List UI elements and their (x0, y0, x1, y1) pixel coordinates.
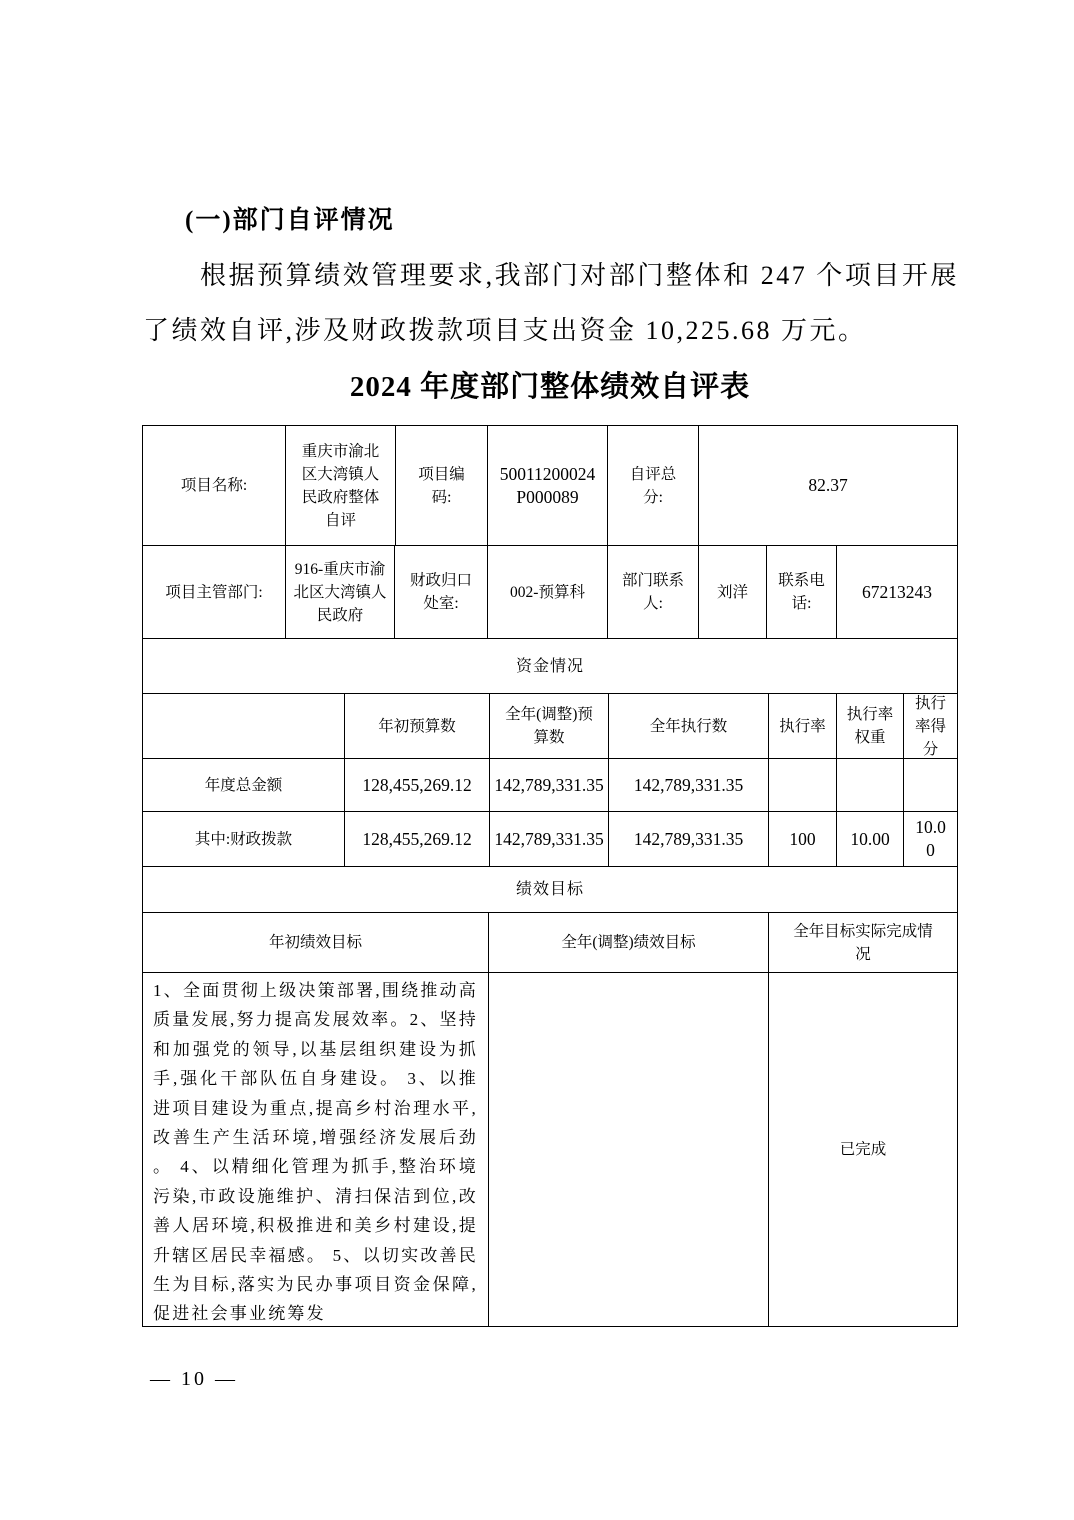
funds-header-adjusted: 全年(调整)预算数 (490, 694, 609, 759)
annual-total-label: 年度总金额 (143, 759, 345, 812)
funds-header-rate-score: 执行率得分 (904, 694, 957, 759)
fiscal-weight: 10.00 (837, 812, 904, 867)
funds-header-rate-weight: 执行率权重 (837, 694, 904, 759)
finance-office-value: 002-预算科 (488, 546, 608, 639)
fiscal-executed: 142,789,331.35 (609, 812, 769, 867)
contact-label: 部门联系人: (608, 546, 699, 639)
contact-value: 刘洋 (699, 546, 767, 639)
funds-header-rate: 执行率 (769, 694, 837, 759)
self-score-label: 自评总分: (608, 426, 699, 546)
dept-value: 916-重庆市渝北区大湾镇人民政府 (286, 546, 395, 639)
goals-header-adjusted: 全年(调整)绩效目标 (489, 913, 769, 973)
project-code-value: 50011200024P000089 (488, 426, 608, 546)
document-page: (一)部门自评情况 根据预算绩效管理要求,我部门对部门整体和 247 个项目开展… (0, 0, 1074, 1520)
annual-total-score (904, 759, 957, 812)
project-code-label: 项目编码: (396, 426, 488, 546)
initial-goal-text: 1、全面贯彻上级决策部署,围绕推动高质量发展,努力提高发展效率。2、坚持和加强党… (143, 973, 489, 1326)
annual-total-initial: 128,455,269.12 (345, 759, 490, 812)
annual-total-rate (769, 759, 837, 812)
self-score-value: 82.37 (699, 426, 957, 546)
phone-label: 联系电话: (767, 546, 837, 639)
table-row-project-info: 项目名称: 重庆市渝北区大湾镇人民政府整体自评 项目编码: 5001120002… (143, 426, 957, 546)
table-row-goals-header: 年初绩效目标 全年(调整)绩效目标 全年目标实际完成情况 (143, 913, 957, 973)
table-row-goals-content: 1、全面贯彻上级决策部署,围绕推动高质量发展,努力提高发展效率。2、坚持和加强党… (143, 973, 957, 1326)
table-row-fiscal-appropriation: 其中:财政拨款 128,455,269.12 142,789,331.35 14… (143, 812, 957, 867)
dept-label: 项目主管部门: (143, 546, 286, 639)
intro-paragraph: 根据预算绩效管理要求,我部门对部门整体和 247 个项目开展了绩效自评,涉及财政… (143, 248, 959, 358)
table-row-funds-header: 年初预算数 全年(调整)预算数 全年执行数 执行率 执行率权重 执行率得分 (143, 694, 957, 759)
goals-header-completion: 全年目标实际完成情况 (769, 913, 957, 973)
fiscal-initial: 128,455,269.12 (345, 812, 490, 867)
table-row-department-info: 项目主管部门: 916-重庆市渝北区大湾镇人民政府 财政归口处室: 002-预算… (143, 546, 957, 639)
fiscal-score: 10.00 (904, 812, 957, 867)
fiscal-adjusted: 142,789,331.35 (490, 812, 609, 867)
funds-header-empty (143, 694, 345, 759)
annual-total-adjusted: 142,789,331.35 (490, 759, 609, 812)
annual-total-weight (837, 759, 904, 812)
table-title: 2024 年度部门整体绩效自评表 (142, 364, 958, 405)
funds-header-initial: 年初预算数 (345, 694, 490, 759)
self-evaluation-table: 项目名称: 重庆市渝北区大湾镇人民政府整体自评 项目编码: 5001120002… (142, 425, 958, 1327)
table-row-annual-total: 年度总金额 128,455,269.12 142,789,331.35 142,… (143, 759, 957, 812)
project-name-label: 项目名称: (143, 426, 286, 546)
table-row-goals-banner: 绩效目标 (143, 867, 957, 913)
goals-header-initial: 年初绩效目标 (143, 913, 489, 973)
funds-header-executed: 全年执行数 (609, 694, 769, 759)
annual-total-executed: 142,789,331.35 (609, 759, 769, 812)
section-heading: (一)部门自评情况 (185, 200, 395, 236)
completion-status: 已完成 (769, 973, 957, 1326)
funds-section-title: 资金情况 (143, 639, 957, 694)
fiscal-rate: 100 (769, 812, 837, 867)
adjusted-goal-text (489, 973, 769, 1326)
table-row-funds-banner: 资金情况 (143, 639, 957, 694)
finance-office-label: 财政归口处室: (395, 546, 488, 639)
fiscal-label: 其中:财政拨款 (143, 812, 345, 867)
project-name-value: 重庆市渝北区大湾镇人民政府整体自评 (286, 426, 396, 546)
page-number: — 10 — (150, 1368, 238, 1391)
goals-section-title: 绩效目标 (143, 867, 957, 913)
phone-value: 67213243 (837, 546, 957, 639)
